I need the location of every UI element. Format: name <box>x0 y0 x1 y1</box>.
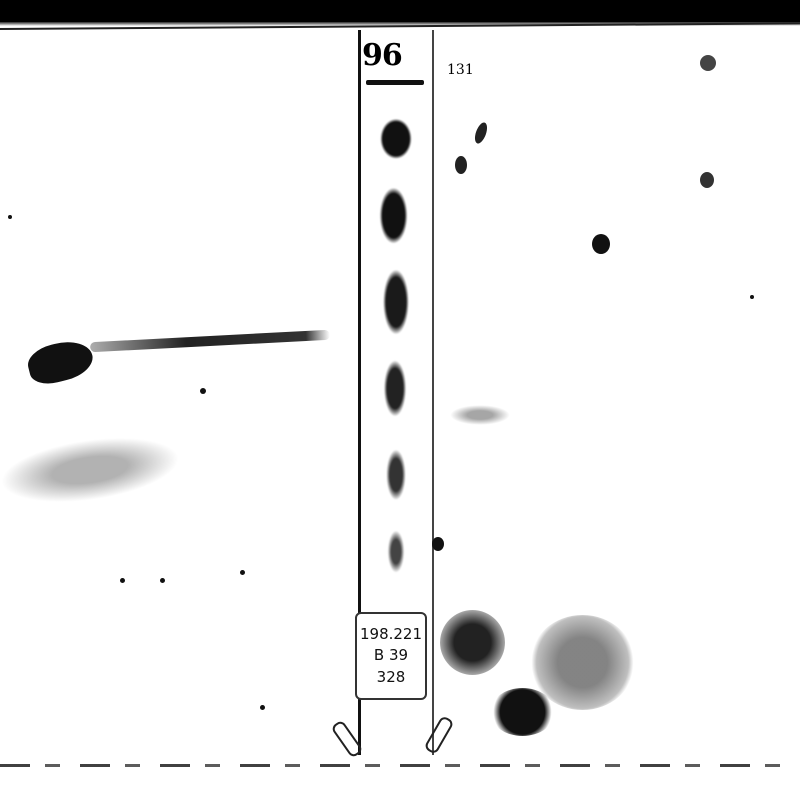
page-bottom-edge <box>0 764 800 767</box>
side-annotation: 131 <box>447 62 474 78</box>
ink-blot <box>490 688 555 736</box>
ink-smear <box>0 428 183 512</box>
spine-smudge <box>372 110 420 590</box>
ink-spot <box>455 156 467 174</box>
spine-volume-number: 96 <box>362 38 402 73</box>
ink-blot <box>24 336 96 389</box>
ink-streak <box>90 330 330 353</box>
call-number-label: 198.221 B 39 328 <box>355 612 427 700</box>
ink-spot <box>592 234 610 254</box>
volume-underline <box>366 80 424 85</box>
ink-spot <box>432 537 444 551</box>
call-number-line-3: 328 <box>377 669 406 686</box>
ink-dot <box>160 578 165 583</box>
call-number-line-1: 198.221 <box>360 626 422 643</box>
ink-spot <box>700 55 716 71</box>
ink-dot <box>200 388 206 394</box>
ink-dot <box>260 705 265 710</box>
ink-dot <box>8 215 12 219</box>
ink-dot <box>750 295 754 299</box>
top-dark-band <box>0 0 800 22</box>
scanned-page: 96 131 198.221 B 39 328 <box>0 0 800 800</box>
ink-dot <box>120 578 125 583</box>
ink-blot <box>440 610 505 675</box>
ink-dot <box>240 570 245 575</box>
ink-smear <box>450 405 510 425</box>
call-number-line-2: B 39 <box>374 647 408 664</box>
ink-spot <box>700 172 714 188</box>
ink-spot <box>473 121 490 145</box>
